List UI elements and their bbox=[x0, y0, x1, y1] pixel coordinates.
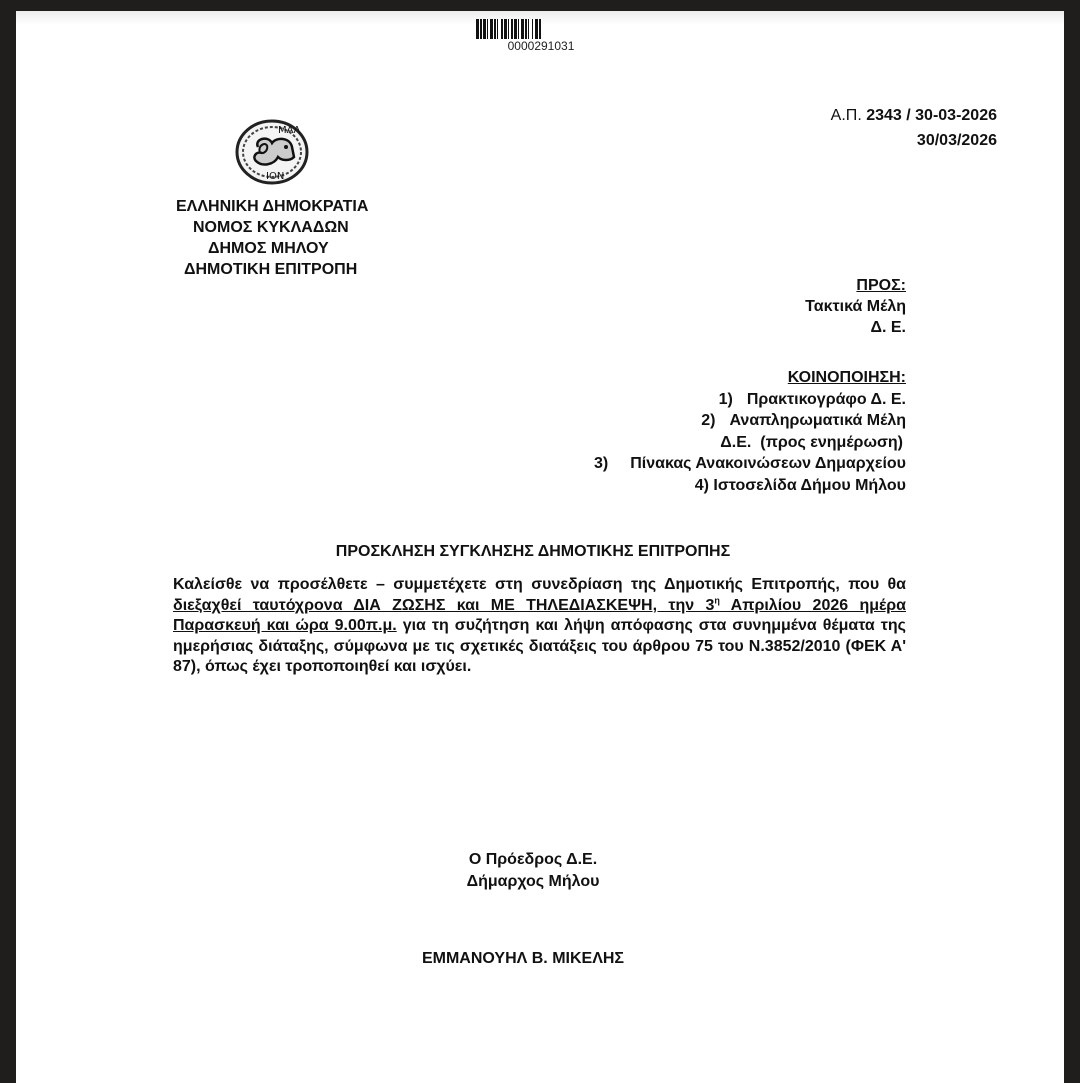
coin-emblem-icon: ΜΑΛ ΙΟΝ bbox=[234, 117, 310, 187]
barcode-number: 0000291031 bbox=[480, 39, 602, 53]
cc-item: 2)Αναπληρωματικά Μέλη bbox=[594, 410, 906, 432]
signatory-name: ΕΜΜΑΝΟΥΗΛ Β. ΜΙΚΕΛΗΣ bbox=[16, 950, 1064, 968]
authority-line: ΔΗΜΟΤΙΚΗ ΕΠΙΤΡΟΠΗ bbox=[176, 259, 412, 280]
protocol-number: 2343 / 30-03-2026 bbox=[866, 107, 997, 124]
authority-line: ΕΛΛΗΝΙΚΗ ΔΗΜΟΚΡΑΤΙΑ bbox=[176, 196, 412, 217]
authority-line: ΝΟΜΟΣ ΚΥΚΛΑΔΩΝ bbox=[176, 217, 412, 238]
recipients-heading: ΠΡΟΣ: bbox=[805, 275, 906, 296]
recipient-line: Δ. Ε. bbox=[805, 317, 906, 338]
cc-item: 4) Ιστοσελίδα Δήμου Μήλου bbox=[594, 475, 906, 497]
recipients-block: ΠΡΟΣ: Τακτικά Μέλη Δ. Ε. bbox=[805, 275, 906, 338]
cc-item: 3)Πίνακας Ανακοινώσεων Δημαρχείου bbox=[594, 453, 906, 475]
signature-title: Ο Πρόεδρος Δ.Ε. bbox=[9, 849, 1057, 871]
signature-titles: Ο Πρόεδρος Δ.Ε. Δήμαρχος Μήλου bbox=[16, 849, 1064, 893]
cc-item: Δ.Ε. (προς ενημέρωση) bbox=[594, 432, 906, 454]
document-subject: ΠΡΟΣΚΛΗΣΗ ΣΥΓΚΛΗΣΗΣ ΔΗΜΟΤΙΚΗΣ ΕΠΙΤΡΟΠΗΣ bbox=[16, 543, 1064, 561]
cc-block: ΚΟΙΝΟΠΟΙΗΣΗ: 1)Πρακτικογράφο Δ. Ε. 2)Ανα… bbox=[594, 367, 906, 496]
authority-line: ΔΗΜΟΣ ΜΗΛΟΥ bbox=[176, 238, 412, 259]
protocol-prefix: Α.Π. bbox=[831, 107, 862, 124]
recipient-line: Τακτικά Μέλη bbox=[805, 296, 906, 317]
barcode bbox=[476, 19, 606, 39]
protocol-reference: Α.Π. 2343 / 30-03-2026 30/03/2026 bbox=[831, 103, 997, 153]
svg-text:ΙΟΝ: ΙΟΝ bbox=[266, 171, 284, 182]
svg-text:ΜΑΛ: ΜΑΛ bbox=[278, 125, 300, 136]
document-page: 0000291031 Α.Π. 2343 / 30-03-2026 30/03/… bbox=[16, 11, 1064, 1083]
document-date: 30/03/2026 bbox=[917, 132, 997, 149]
cc-item: 1)Πρακτικογράφο Δ. Ε. bbox=[594, 389, 906, 411]
invitation-body: Καλείσθε να προσέλθετε – συμμετέχετε στη… bbox=[173, 575, 906, 678]
signature-title: Δήμαρχος Μήλου bbox=[9, 871, 1057, 893]
issuing-authority: ΕΛΛΗΝΙΚΗ ΔΗΜΟΚΡΑΤΙΑ ΝΟΜΟΣ ΚΥΚΛΑΔΩΝ ΔΗΜΟΣ… bbox=[176, 196, 412, 280]
cc-heading: ΚΟΙΝΟΠΟΙΗΣΗ: bbox=[594, 367, 906, 389]
